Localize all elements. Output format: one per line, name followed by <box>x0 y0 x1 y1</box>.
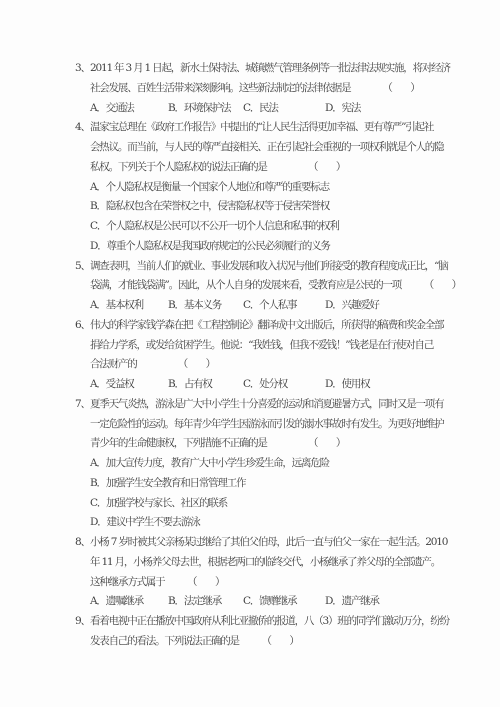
question-5: 5、调查表明，当前人们的就业、事业发展和收入状况与他们所接受的教育程度成正比，“… <box>75 257 460 316</box>
question-text-line: 捐给力学系，或发给贫困学生。他说：“我姓钱，但我不爱钱！”钱老是在行使对自己 <box>90 336 460 356</box>
option-c: C．加强学校与家长、社区的联系 <box>90 494 460 514</box>
question-number: 8、 <box>75 533 90 553</box>
option-d: D．尊重个人隐私权是我国政府规定的公民必须履行的义务 <box>90 237 460 257</box>
option-a: A．受益权 <box>90 375 168 395</box>
question-text-line: 伟大的科学家钱学森在把《工程控制论》翻译成中文出版后，所获得的稿费和奖金全部 <box>90 316 460 336</box>
question-4: 4、温家宝总理在《政府工作报告》中提出的“让人民生活得更加幸福、更有尊严”引起社… <box>75 118 460 256</box>
question-number: 6、 <box>75 316 90 336</box>
question-text-line: 社会发展、百姓生活带来深刻影响。这些新法制定的法律依据是 （ ） <box>90 79 460 99</box>
option-c: C．民法 <box>243 99 325 119</box>
question-text-line: 合法财产的 （ ） <box>90 355 460 375</box>
question-number: 9、 <box>75 612 90 632</box>
option-a: A．基本权利 <box>90 296 168 316</box>
options-row: A．遗嘱继承B．法定继承C．馈赠继承D．遗产继承 <box>90 592 460 612</box>
option-b: B．隐私权包含在荣誉权之中，侵害隐私权等于侵害荣誉权 <box>90 197 460 217</box>
question-text-line: 一定危险性的运动。每年青少年学生因游泳而引发的溺水事故时有发生。为更好地维护 <box>90 415 460 435</box>
option-b: B．加强学生安全教育和日常管理工作 <box>90 474 460 494</box>
question-text-line: 小杨 7 岁时被其父亲杨某过继给了其伯父伯母，此后一直与伯父一家在一起生活。20… <box>90 533 460 553</box>
question-text-line: 私权。下列关于个人隐私权的说法正确的是 （ ） <box>90 158 460 178</box>
option-c: C．处分权 <box>243 375 325 395</box>
question-text-line: 青少年的生命健康权，下列措施不正确的是 （ ） <box>90 434 460 454</box>
question-text-line: 发表自己的看法。下列说法正确的是 （ ） <box>90 632 460 652</box>
question-text-line: 温家宝总理在《政府工作报告》中提出的“让人民生活得更加幸福、更有尊严”引起社 <box>90 118 460 138</box>
option-d: D．遗产继承 <box>325 592 379 612</box>
options-row: A．受益权B．占有权C．处分权D．使用权 <box>90 375 460 395</box>
question-number: 3、 <box>75 59 90 79</box>
option-b: B．基本义务 <box>168 296 243 316</box>
option-b: B．环境保护法 <box>168 99 243 119</box>
exam-document-page: 3、2011 年 3 月 1 日起，新水土保持法、城镇燃气管理条例等一批法律法规… <box>0 0 500 707</box>
option-a: A．个人隐私权是衡量一个国家个人地位和尊严的重要标志 <box>90 178 460 198</box>
question-3: 3、2011 年 3 月 1 日起，新水土保持法、城镇燃气管理条例等一批法律法规… <box>75 59 460 118</box>
option-d: D．使用权 <box>325 375 369 395</box>
option-d: D．兴趣爱好 <box>325 296 379 316</box>
question-text-line: 看着电视中正在播放中国政府从利比亚撤侨的报道，八（3）班的同学们激动万分，纷纷 <box>90 612 460 632</box>
option-a: A．交通法 <box>90 99 168 119</box>
question-text-line: 会热议。而当前，与人民的尊严直接相关、正在引起社会重视的一项权利就是个人的隐 <box>90 138 460 158</box>
question-text-line: 夏季天气炎热，游泳是广大中小学生十分喜爱的运动和消夏避暑方式，同时又是一项有 <box>90 395 460 415</box>
option-c: C．个人隐私权是公民可以不公开一切个人信息和私事的权利 <box>90 217 460 237</box>
question-6: 6、伟大的科学家钱学森在把《工程控制论》翻译成中文出版后，所获得的稿费和奖金全部… <box>75 316 460 395</box>
question-text-line: 2011 年 3 月 1 日起，新水土保持法、城镇燃气管理条例等一批法律法规实施… <box>90 59 460 79</box>
question-text-line: 调查表明，当前人们的就业、事业发展和收入状况与他们所接受的教育程度成正比，“脑 <box>90 257 460 277</box>
question-8: 8、小杨 7 岁时被其父亲杨某过继给了其伯父伯母，此后一直与伯父一家在一起生活。… <box>75 533 460 612</box>
option-a: A．加大宣传力度，教育广大中小学生珍爱生命，远离危险 <box>90 454 460 474</box>
question-number: 4、 <box>75 118 90 138</box>
option-a: A．遗嘱继承 <box>90 592 168 612</box>
question-7: 7、夏季天气炎热，游泳是广大中小学生十分喜爱的运动和消夏避暑方式，同时又是一项有… <box>75 395 460 533</box>
options-row: A．基本权利B．基本义务C．个人私事D．兴趣爱好 <box>90 296 460 316</box>
question-number: 7、 <box>75 395 90 415</box>
question-9: 9、看着电视中正在播放中国政府从利比亚撤侨的报道，八（3）班的同学们激动万分，纷… <box>75 612 460 652</box>
option-b: B．占有权 <box>168 375 243 395</box>
question-number: 5、 <box>75 257 90 277</box>
option-d: D．建议中学生不要去游泳 <box>90 513 460 533</box>
options-row: A．交通法B．环境保护法C．民法D．宪法 <box>90 99 460 119</box>
question-text-line: 袋满，才能钱袋满”。因此，从个人自身的发展来看，受教育应是公民的一项 （ ） <box>90 276 460 296</box>
option-b: B．法定继承 <box>168 592 243 612</box>
question-text-line: 这种继承方式属于 （ ） <box>90 573 460 593</box>
option-d: D．宪法 <box>325 99 360 119</box>
questions-list: 3、2011 年 3 月 1 日起，新水土保持法、城镇燃气管理条例等一批法律法规… <box>75 59 460 652</box>
option-c: C．个人私事 <box>243 296 325 316</box>
question-text-line: 年 11 月，小杨养父母去世，根据老两口的临终交代，小杨继承了养父母的全部遗产。 <box>90 553 460 573</box>
option-c: C．馈赠继承 <box>243 592 325 612</box>
